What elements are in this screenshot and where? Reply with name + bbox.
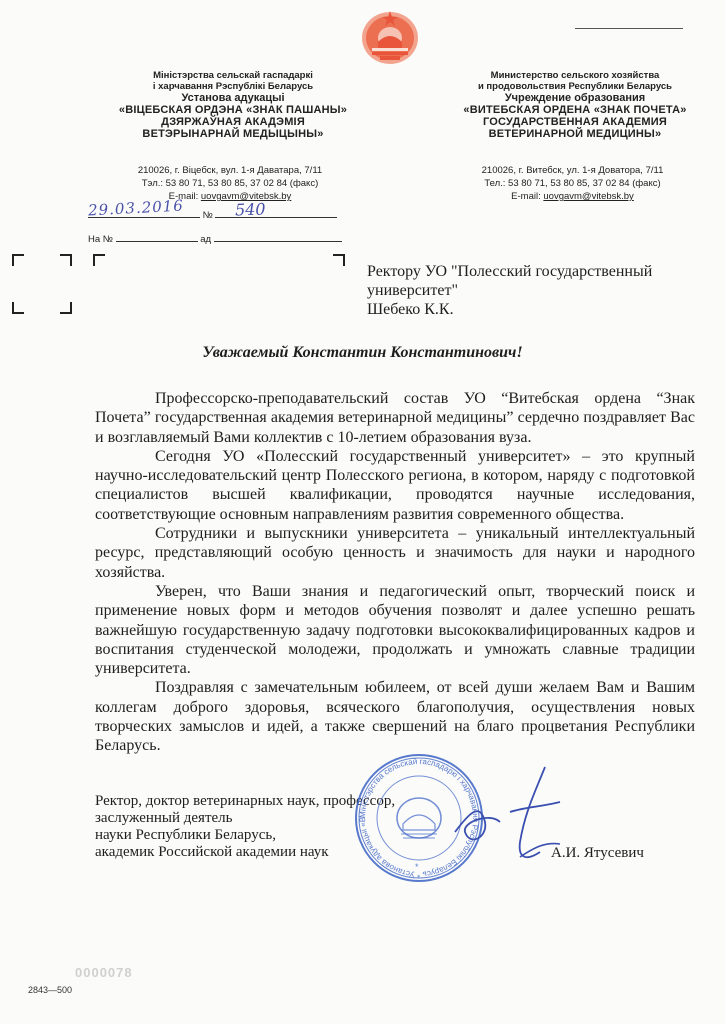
paragraph: Сегодня УО «Полесский государственный ун… — [95, 447, 695, 524]
coat-of-arms-icon — [358, 8, 422, 66]
number-line — [215, 216, 337, 218]
top-right-rule — [575, 28, 683, 29]
institution-name-1: «ВІЦЕБСКАЯ ОРДЭНА «ЗНАК ПАШАНЫ» — [98, 104, 368, 116]
institution-type: Установа адукацыі — [98, 92, 368, 104]
faint-serial-number: 0000078 — [75, 965, 133, 980]
paragraph: Сотрудники и выпускники университета – у… — [95, 524, 695, 582]
incoming-reference-row: На № ад — [88, 234, 348, 245]
corner-mark — [12, 254, 24, 266]
reply-date-line — [214, 240, 342, 242]
reply-number-line — [116, 240, 198, 242]
paragraph: Поздравляя с замечательным юбилеем, от в… — [95, 678, 695, 755]
postal-address: 210026, г. Витебск, ул. 1-я Доватора, 7/… — [440, 164, 705, 177]
reply-label: На № — [88, 234, 113, 245]
header-right-russian: Министерство сельского хозяйства и продо… — [440, 70, 710, 140]
email-link[interactable]: uovgavm@vitebsk.by — [543, 191, 633, 202]
institution-name-3: ВЕТЭРЫНАРНАЙ МЕДЫЦЫНЫ» — [98, 128, 368, 140]
ministry-line-2: і харчавання Рэспублікі Беларусь — [98, 81, 368, 92]
ministry-line-1: Міністэрства сельскай гаспадаркі — [98, 70, 368, 81]
corner-mark — [12, 302, 24, 314]
paragraph: Уверен, что Ваши знания и педагогический… — [95, 582, 695, 678]
signer-name: А.И. Ятусевич — [551, 845, 644, 862]
phone: Тэл.: 53 80 71, 53 80 85, 37 02 84 (факс… — [95, 177, 365, 190]
email-row: E-mail: uovgavm@vitebsk.by — [440, 190, 705, 203]
institution-name-3: ВЕТЕРИНАРНОЙ МЕДИЦИНЫ» — [440, 128, 710, 140]
institution-type: Учреждение образования — [440, 92, 710, 104]
address-right: 210026, г. Витебск, ул. 1-я Доватора, 7/… — [440, 164, 705, 203]
svg-text:*: * — [415, 862, 419, 872]
postal-address: 210026, г. Віцебск, вул. 1-я Даватара, 7… — [95, 164, 365, 177]
letter-body: Профессорско-преподавательский состав УО… — [95, 389, 695, 756]
corner-mark — [93, 254, 105, 266]
addressee-line: Ректору УО "Полесский государственный — [367, 262, 697, 281]
header-left-belarusian: Міністэрства сельскай гаспадаркі і харча… — [98, 70, 368, 140]
greeting: Уважаемый Константин Константинович! — [0, 344, 725, 362]
institution-name-2: ДЗЯРЖАЎНАЯ АКАДЭМІЯ — [98, 116, 368, 128]
ministry-line-2: и продовольствия Республики Беларусь — [440, 81, 710, 92]
addressee-block: Ректору УО "Полесский государственный ун… — [367, 262, 697, 319]
from-label: ад — [200, 234, 211, 245]
corner-mark — [60, 254, 72, 266]
corner-mark — [60, 302, 72, 314]
handwritten-number: 540 — [235, 199, 266, 219]
addressee-line: Шебеко К.К. — [367, 300, 697, 319]
ministry-line-1: Министерство сельского хозяйства — [440, 70, 710, 81]
corner-mark — [333, 254, 345, 266]
paragraph: Профессорско-преподавательский состав УО… — [95, 389, 695, 447]
addressee-line: университет" — [367, 281, 697, 300]
institution-name-1: «ВИТЕБСКАЯ ОРДЕНА «ЗНАК ПОЧЕТА» — [440, 104, 710, 116]
number-label: № — [203, 210, 213, 221]
address-left: 210026, г. Віцебск, вул. 1-я Даватара, 7… — [95, 164, 365, 203]
phone: Тел.: 53 80 71, 53 80 85, 37 02 84 (факс… — [440, 177, 705, 190]
institution-name-2: ГОСУДАРСТВЕННАЯ АКАДЕМИЯ — [440, 116, 710, 128]
form-code: 2843—500 — [28, 985, 72, 995]
email-label: E-mail: — [511, 191, 541, 202]
